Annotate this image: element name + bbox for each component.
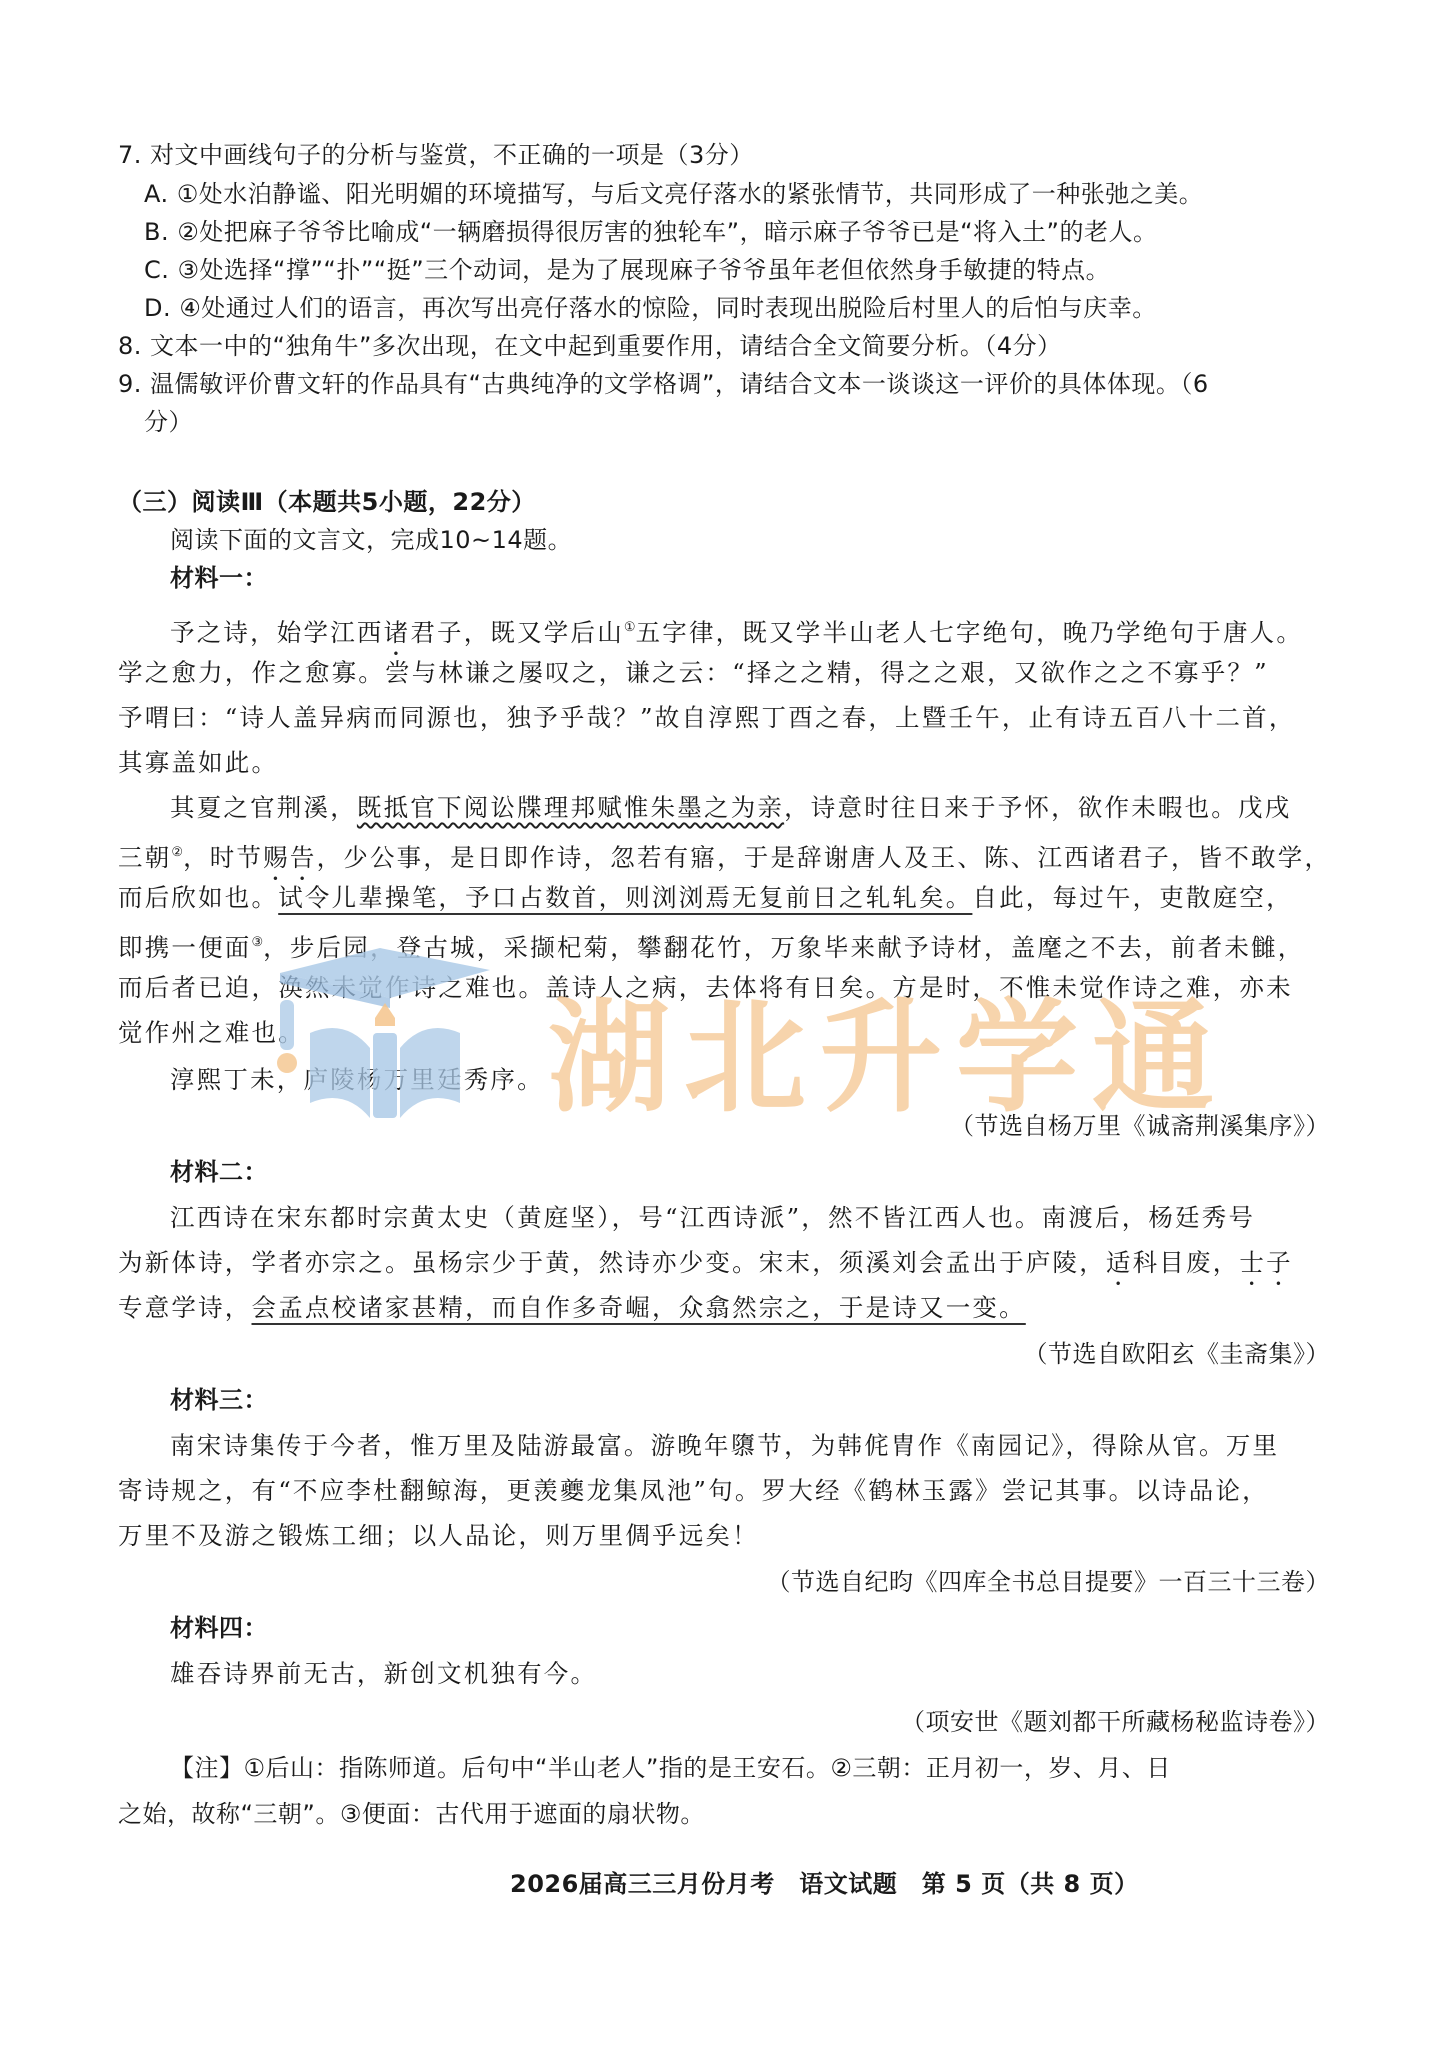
wavy-underlined-sentence: 既抵官下阅讼牒理邦赋惟朱墨之为亲 bbox=[357, 793, 784, 822]
material-1-para-2-line-6: 觉作州之难也。 bbox=[118, 1017, 305, 1049]
section-heading: （三）阅读Ⅲ（本题共5小题，22分） bbox=[118, 486, 536, 518]
material-1-para-2-line-4: 即携一便面③，步后园，登古城，采撷杞菊，攀翻花竹，万象毕来献予诗材，盖麾之不去，… bbox=[118, 927, 1304, 964]
question-7-option-b: B. ②处把麻子爷爷比喻成“一辆磨损得很厉害的独轮车”，暗示麻子爷爷已是“将入土… bbox=[144, 216, 1157, 248]
material-3-line-2: 寄诗规之，有“不应李杜翻鲸海，更羡夔龙集凤池”句。罗大经《鹤林玉露》尝记其事。以… bbox=[118, 1475, 1269, 1507]
material-1-para-2-line-3: 而后欣如也。试令儿辈操笔，予口占数首，则浏浏焉无复前日之轧轧矣。自此，每过午，吏… bbox=[118, 882, 1293, 914]
question-7-option-d: D. ④处通过人们的语言，再次写出亮仔落水的惊险，同时表现出脱险后村里人的后怕与… bbox=[144, 292, 1157, 324]
footnote-marker-1: ① bbox=[624, 620, 636, 635]
material-2-line-3: 专意学诗，会孟点校诸家甚精，而自作多奇崛，众翕然宗之，于是诗又一变。 bbox=[118, 1292, 1026, 1324]
material-1-para-1-line-4: 其寡盖如此。 bbox=[118, 747, 278, 779]
underlined-sentence: 会孟点校诸家甚精，而自作多奇崛，众翕然宗之，于是诗又一变。 bbox=[252, 1293, 1026, 1322]
material-1-para-2-line-2: 三朝②，时节赐告，少公事，是日即作诗，忽若有寤，于是辞谢唐人及王、陈、江西诸君子… bbox=[118, 837, 1331, 886]
material-1-para-2-line-1: 其夏之官荆溪，既抵官下阅讼牒理邦赋惟朱墨之为亲，诗意时往日来于予怀，欲作未暇也。… bbox=[170, 792, 1291, 824]
material-2-label: 材料二： bbox=[170, 1156, 268, 1188]
material-3-source: （节选自纪昀《四库全书总目提要》一百三十三卷） bbox=[767, 1566, 1331, 1598]
footnote-marker-3: ③ bbox=[252, 935, 264, 950]
material-4-label: 材料四： bbox=[170, 1612, 268, 1644]
question-8: 8. 文本一中的“独角牛”多次出现，在文中起到重要作用，请结合全文简要分析。（4… bbox=[118, 330, 1062, 362]
page-footer: 2026届高三三月份月考 语文试题 第 5 页（共 8 页） bbox=[510, 1868, 1139, 1900]
underlined-sentence: 试令儿辈操笔，予口占数首，则浏浏焉无复前日之轧轧矣。 bbox=[278, 883, 972, 912]
material-3-label: 材料三： bbox=[170, 1384, 268, 1416]
question-9-line-1: 9. 温儒敏评价曹文轩的作品具有“古典纯净的文学格调”，请结合文本一谈谈这一评价… bbox=[118, 368, 1209, 400]
question-7-option-a: A. ①处水泊静谧、阳光明媚的环境描写，与后文亮仔落水的紧张情节，共同形成了一种… bbox=[144, 178, 1203, 210]
material-2-source: （节选自欧阳玄《圭斋集》） bbox=[1024, 1338, 1331, 1370]
emphasized-char: 诸 bbox=[384, 618, 411, 647]
material-4-line-1: 雄吞诗界前无古，新创文机独有今。 bbox=[170, 1658, 597, 1690]
exam-page: 7. 对文中画线句子的分析与鉴赏，不正确的一项是（3分） A. ①处水泊静谧、阳… bbox=[0, 0, 1448, 2048]
emphasized-char: 适 bbox=[1106, 1248, 1133, 1277]
material-3-line-1: 南宋诗集传于今者，惟万里及陆游最富。游晚年隳节，为韩侂胄作《南园记》，得除从官。… bbox=[170, 1430, 1279, 1462]
section-instruction: 阅读下面的文言文，完成10~14题。 bbox=[170, 524, 572, 556]
emphasized-word: 赐告 bbox=[263, 843, 316, 872]
question-7-option-c: C. ③处选择“撑”“扑”“挺”三个动词，是为了展现麻子爷爷虽年老但依然身手敏捷… bbox=[144, 254, 1110, 286]
material-2-line-1: 江西诗在宋东都时宗黄太史（黄庭坚），号“江西诗派”，然不皆江西人也。南渡后，杨廷… bbox=[170, 1202, 1255, 1234]
material-1-para-1-line-2: 学之愈力，作之愈寡。尝与林谦之屡叹之，谦之云：“择之之精，得之之艰，又欲作之之不… bbox=[118, 657, 1269, 689]
watermark-text: 湖北升学通 bbox=[548, 960, 1228, 1135]
material-2-line-2: 为新体诗，学者亦宗之。虽杨宗少于黄，然诗亦少变。宋末，须溪刘会孟出于庐陵，适科目… bbox=[118, 1247, 1293, 1291]
emphasized-word: 士子 bbox=[1239, 1248, 1292, 1277]
material-1-label: 材料一： bbox=[170, 562, 268, 594]
notes-line-1: 【注】①后山：指陈师道。后句中“半山老人”指的是王安石。②三朝：正月初一，岁、月… bbox=[170, 1752, 1171, 1784]
footnote-marker-2: ② bbox=[171, 845, 183, 860]
notes-line-2: 之始，故称“三朝”。③便面：古代用于遮面的扇状物。 bbox=[118, 1798, 705, 1830]
material-1-para-1-line-1: 予之诗，始学江西诸君子，既又学后山①五字律，既又学半山老人七字绝句，晚乃学绝句于… bbox=[170, 612, 1303, 661]
material-3-line-3: 万里不及游之锻炼工细；以人品论，则万里倜乎远矣！ bbox=[118, 1520, 759, 1552]
question-9-line-2: 分） bbox=[144, 406, 193, 438]
material-1-para-1-line-3: 予喟曰：“诗人盖异病而同源也，独予乎哉？”故自淳熙丁酉之春，上暨壬午，止有诗五百… bbox=[118, 702, 1296, 734]
material-1-date-line: 淳熙丁未，庐陵杨万里廷秀序。 bbox=[170, 1064, 544, 1096]
question-7-stem: 7. 对文中画线句子的分析与鉴赏，不正确的一项是（3分） bbox=[118, 139, 754, 171]
material-4-source: （项安世《题刘都干所藏杨秘监诗卷》） bbox=[901, 1706, 1330, 1738]
